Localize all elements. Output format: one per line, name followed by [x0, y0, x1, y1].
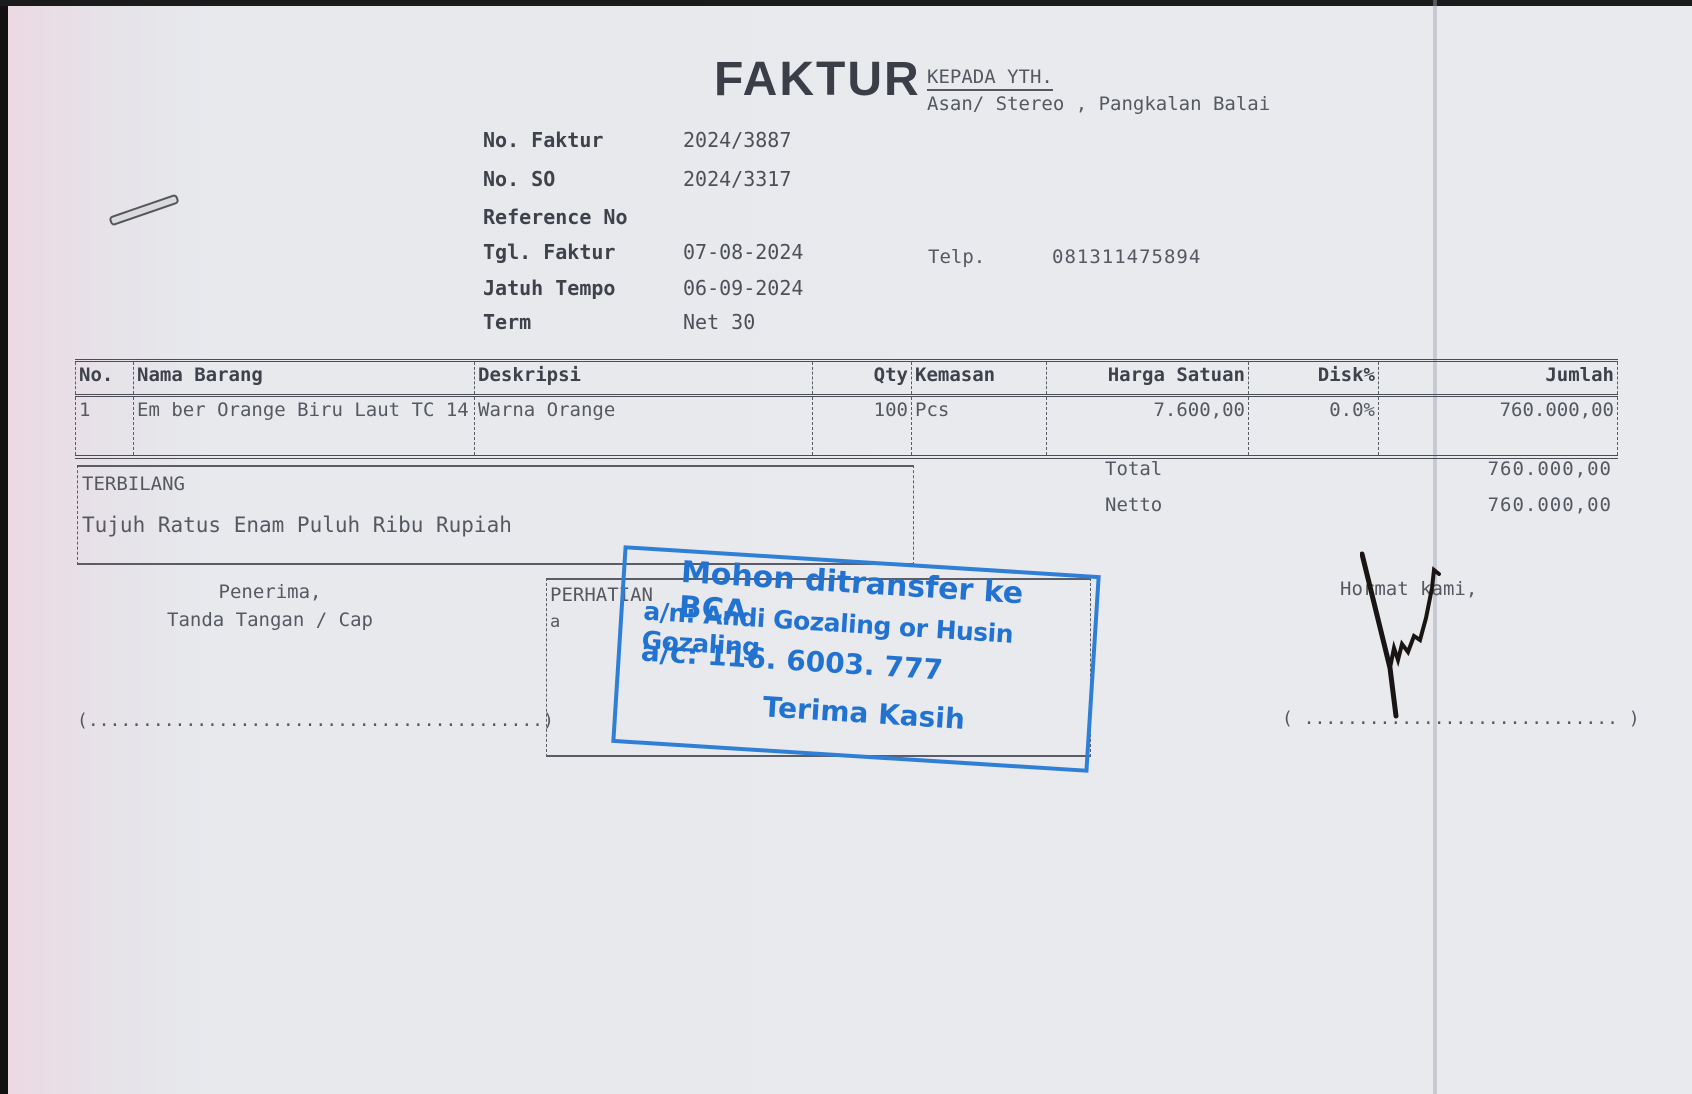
terbilang-box: TERBILANG Tujuh Ratus Enam Puluh Ribu Ru… — [77, 465, 914, 565]
document-title: FAKTUR — [714, 52, 921, 107]
col-header-no: No. — [76, 361, 134, 396]
col-header-disk: Disk% — [1249, 361, 1379, 396]
receiver-signature-block: Penerima, Tanda Tangan / Cap — [150, 578, 390, 634]
meta-value: 07-08-2024 — [683, 240, 803, 264]
meta-label: Term — [483, 310, 683, 334]
meta-value: 2024/3317 — [683, 167, 791, 191]
netto-label: Netto — [1105, 494, 1162, 516]
cell-qty: 100 — [813, 396, 912, 458]
scan-edge-top — [0, 0, 1692, 6]
meta-label: No. SO — [483, 167, 683, 191]
meta-label: Tgl. Faktur — [483, 240, 683, 264]
scan-edge-left — [0, 0, 8, 1094]
sender-signature-line: ( ............................. ) — [1282, 708, 1640, 729]
cell-disk: 0.0% — [1249, 396, 1379, 458]
col-header-jumlah: Jumlah — [1379, 361, 1618, 396]
table-row: 1 Em ber Orange Biru Laut TC 14 Warna Or… — [76, 396, 1618, 458]
cell-jumlah: 760.000,00 — [1379, 396, 1618, 458]
cell-harga-satuan: 7.600,00 — [1047, 396, 1249, 458]
receiver-signature-line: (.......................................… — [77, 710, 554, 731]
bank-transfer-stamp: Mohon ditransfer ke BCA a/n: Andi Gozali… — [611, 545, 1100, 773]
col-header-kemasan: Kemasan — [912, 361, 1047, 396]
meta-value: 2024/3887 — [683, 128, 791, 152]
meta-label: No. Faktur — [483, 128, 683, 152]
cell-deskripsi: Warna Orange — [475, 396, 813, 458]
meta-label: Jatuh Tempo — [483, 276, 683, 300]
paper-fold-line — [1433, 0, 1437, 1094]
meta-label: Reference No — [483, 205, 683, 229]
col-header-nama-barang: Nama Barang — [134, 361, 475, 396]
table-header-row: No. Nama Barang Deskripsi Qty Kemasan Ha… — [76, 361, 1618, 396]
total-label: Total — [1105, 458, 1162, 480]
netto-value: 760.000,00 — [1488, 494, 1612, 516]
col-header-deskripsi: Deskripsi — [475, 361, 813, 396]
cell-no: 1 — [76, 396, 134, 458]
cell-nama-barang: Em ber Orange Biru Laut TC 14 — [134, 396, 475, 458]
meta-value: 06-09-2024 — [683, 276, 803, 300]
phone-label: Telp. — [928, 246, 985, 268]
meta-value: Net 30 — [683, 310, 755, 334]
col-header-harga-satuan: Harga Satuan — [1047, 361, 1249, 396]
total-value: 760.000,00 — [1488, 458, 1612, 480]
recipient-heading: KEPADA YTH. — [927, 66, 1053, 91]
phone-value: 081311475894 — [1052, 246, 1201, 268]
perhatian-value: a — [550, 612, 560, 632]
receiver-line2: Tanda Tangan / Cap — [150, 606, 390, 634]
recipient-name: Asan/ Stereo , Pangkalan Balai — [927, 93, 1270, 115]
stamp-line4: Terima Kasih — [762, 690, 966, 736]
items-table: No. Nama Barang Deskripsi Qty Kemasan Ha… — [75, 359, 1618, 459]
col-header-qty: Qty — [813, 361, 912, 396]
terbilang-value: Tujuh Ratus Enam Puluh Ribu Rupiah — [82, 513, 512, 537]
receiver-line1: Penerima, — [150, 578, 390, 606]
cell-kemasan: Pcs — [912, 396, 1047, 458]
terbilang-label: TERBILANG — [82, 473, 185, 495]
